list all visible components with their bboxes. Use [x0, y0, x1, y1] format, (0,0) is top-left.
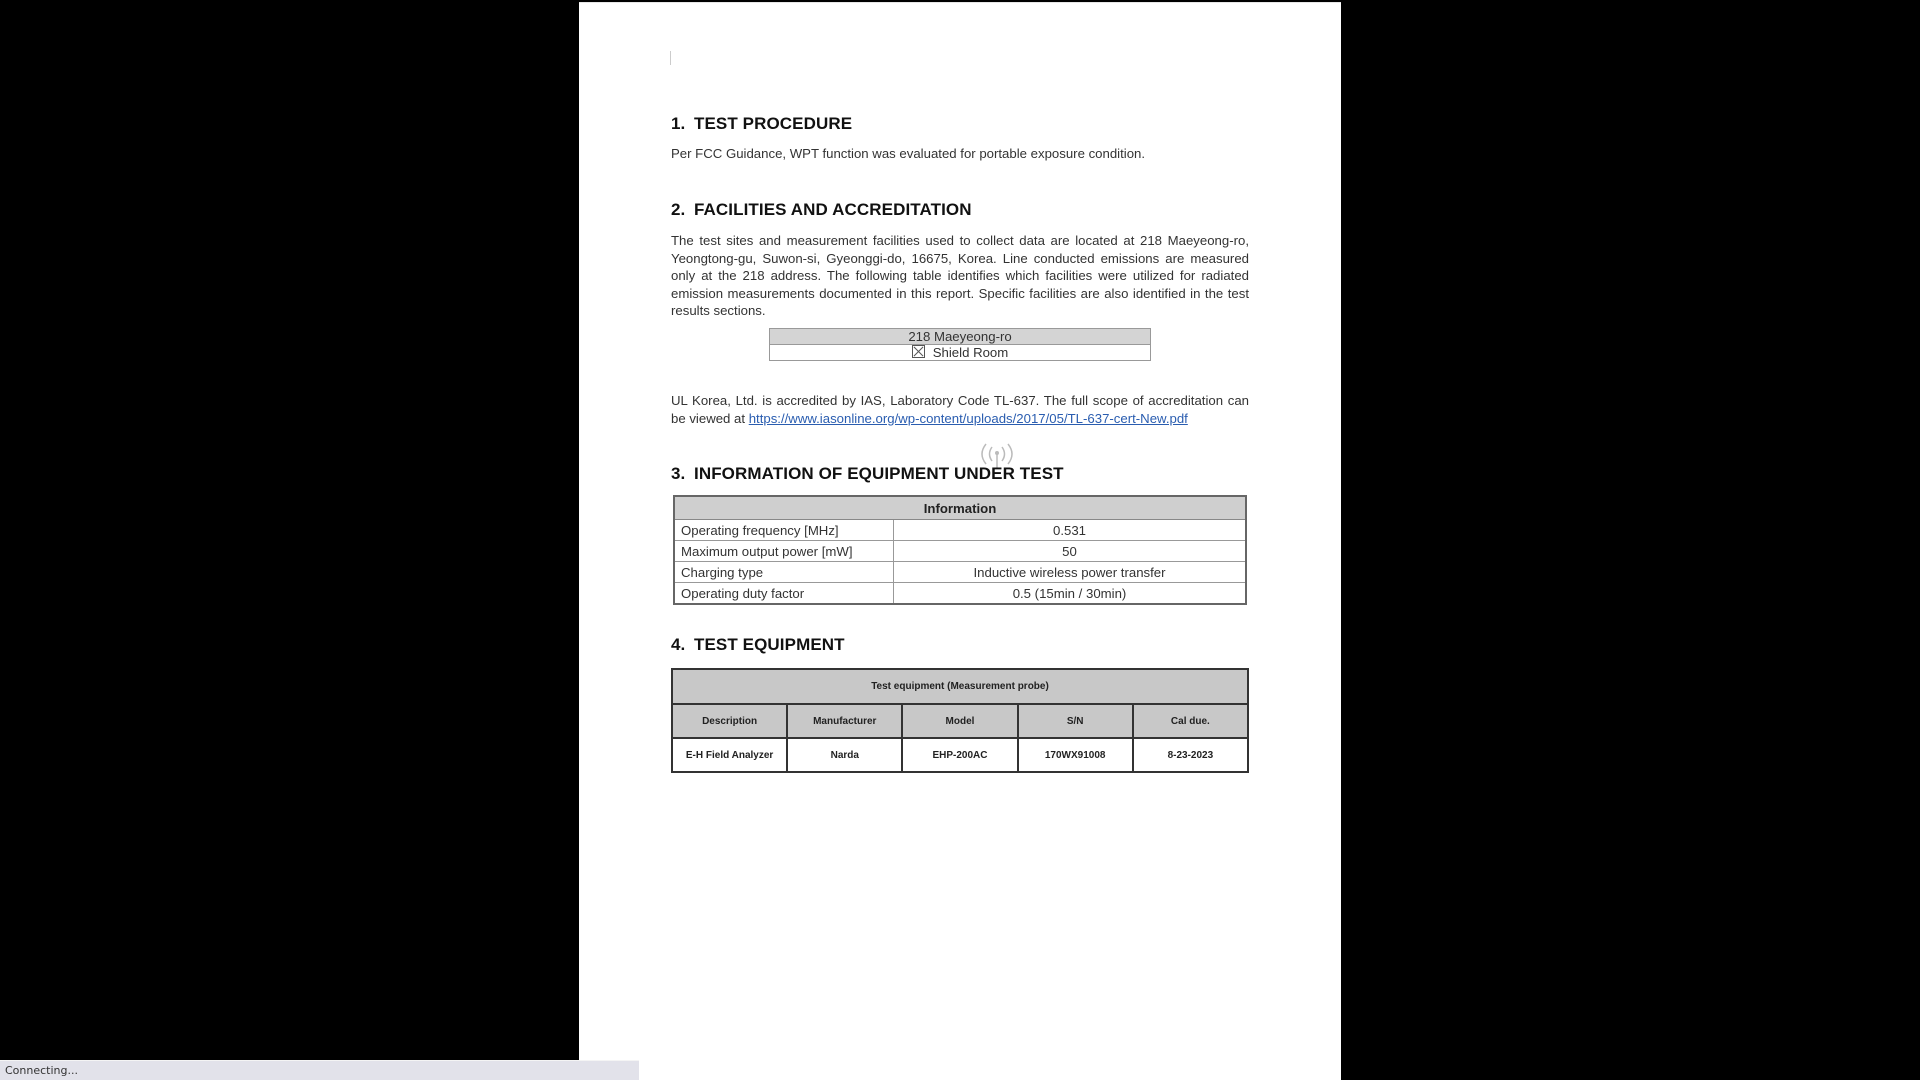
text-cursor: [670, 51, 671, 65]
cell-cal-due: 8-23-2023: [1133, 738, 1248, 772]
column-header: Cal due.: [1133, 704, 1248, 738]
section-2-body: The test sites and measurement facilitie…: [671, 232, 1249, 320]
checked-box-icon[interactable]: [912, 345, 925, 358]
section-4-heading: 4.TEST EQUIPMENT: [671, 635, 845, 655]
cell-serial-number: 170WX91008: [1018, 738, 1133, 772]
section-title: TEST EQUIPMENT: [694, 635, 845, 654]
table-row: Operating duty factor0.5 (15min / 30min): [674, 583, 1246, 605]
facility-table-header: 218 Maeyeong-ro: [770, 329, 1151, 345]
row-value: 0.5 (15min / 30min): [894, 583, 1247, 605]
accreditation-paragraph: UL Korea, Ltd. is accredited by IAS, Lab…: [671, 392, 1249, 427]
column-header: Manufacturer: [787, 704, 902, 738]
cell-description: E-H Field Analyzer: [672, 738, 787, 772]
section-title: TEST PROCEDURE: [694, 114, 852, 133]
section-title: INFORMATION OF EQUIPMENT UNDER TEST: [694, 464, 1064, 483]
row-value: 0.531: [894, 520, 1247, 541]
column-header: S/N: [1018, 704, 1133, 738]
row-value: 50: [894, 541, 1247, 562]
section-2-heading: 2.FACILITIES AND ACCREDITATION: [671, 200, 972, 220]
test-equipment-table: Test equipment (Measurement probe) Descr…: [671, 668, 1249, 773]
section-number: 2.: [671, 200, 694, 220]
column-header: Model: [902, 704, 1017, 738]
row-label: Charging type: [674, 562, 894, 583]
facility-table: 218 Maeyeong-ro Shield Room: [769, 328, 1151, 361]
cell-manufacturer: Narda: [787, 738, 902, 772]
row-label: Maximum output power [mW]: [674, 541, 894, 562]
section-number: 1.: [671, 114, 694, 134]
row-label: Operating frequency [MHz]: [674, 520, 894, 541]
row-label: Operating duty factor: [674, 583, 894, 605]
table-row: E-H Field Analyzer Narda EHP-200AC 170WX…: [672, 738, 1248, 772]
document-page: 1.TEST PROCEDURE Per FCC Guidance, WPT f…: [579, 2, 1341, 1080]
section-3-heading: 3.INFORMATION OF EQUIPMENT UNDER TEST: [671, 464, 1064, 484]
table-row: Maximum output power [mW]50: [674, 541, 1246, 562]
equipment-table-title: Test equipment (Measurement probe): [672, 669, 1248, 704]
row-value: Inductive wireless power transfer: [894, 562, 1247, 583]
column-header: Description: [672, 704, 787, 738]
status-bar: Connecting...: [0, 1060, 639, 1080]
section-1-heading: 1.TEST PROCEDURE: [671, 114, 852, 134]
section-number: 3.: [671, 464, 694, 484]
facility-label: Shield Room: [933, 345, 1009, 360]
eut-information-table: Information Operating frequency [MHz]0.5…: [673, 495, 1247, 605]
section-number: 4.: [671, 635, 694, 655]
section-1-body: Per FCC Guidance, WPT function was evalu…: [671, 145, 1249, 163]
info-table-header: Information: [674, 496, 1246, 520]
table-row: Charging typeInductive wireless power tr…: [674, 562, 1246, 583]
accreditation-link[interactable]: https://www.iasonline.org/wp-content/upl…: [749, 411, 1188, 426]
cell-model: EHP-200AC: [902, 738, 1017, 772]
table-row: Operating frequency [MHz]0.531: [674, 520, 1246, 541]
section-title: FACILITIES AND ACCREDITATION: [694, 200, 972, 219]
facility-row: Shield Room: [770, 345, 1151, 361]
